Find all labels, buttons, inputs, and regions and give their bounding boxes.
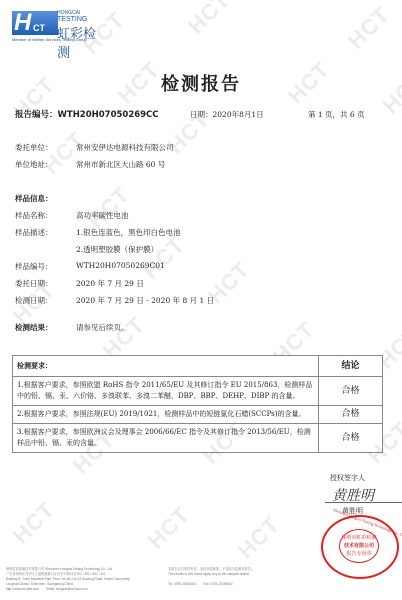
sample-name-value: 高功率碳性电池 — [76, 210, 129, 221]
test-date-label: 检测日期： — [15, 295, 53, 306]
report-date-label: 日期： — [190, 110, 213, 119]
sample-name-label: 样品名称： — [15, 210, 53, 221]
watermark-hct: HCT — [38, 127, 90, 179]
table-row: 1.根据客户要求，参照欧盟 RoHS 指令 2011/65/EU 及其修订指令 … — [13, 377, 383, 406]
test-result-value: 请参见后续页。 — [76, 322, 129, 333]
requirement-cell: 2.根据客户要求，参照法规(EU) 2019/1021，检测样品中的短链氯化石蜡… — [13, 406, 319, 424]
test-date-value: 2020 年 7 月 29 日 - 2020 年 8 月 1 日 — [76, 295, 214, 306]
sample-desc-2: 2.透明塑胶膜（保护膜） — [76, 244, 158, 255]
footer-web: http://www.hct-test.com — [6, 587, 39, 591]
sample-desc-label: 样品描述： — [15, 227, 53, 238]
client-address-label: 单位地址： — [15, 159, 53, 170]
authorized-signatory-label: 授权签字人 — [330, 473, 365, 483]
table-header-row: 检测要求： 结论 — [13, 356, 383, 377]
logo-member-text: Member of Wellen Services Testing Group — [12, 37, 87, 42]
sample-section-label: 样品信息： — [15, 193, 53, 204]
footer-left: 深圳虹彩检测技术有限公司 Shenzhen Hongcai Testing Te… — [6, 567, 130, 592]
sample-no-label: 样品编号： — [15, 261, 53, 272]
footer-contact: http://www.hct-test.com Email: hongcai@h… — [6, 587, 130, 592]
watermark-hct: HCT — [233, 512, 285, 564]
report-title: 检测报告 — [0, 70, 402, 96]
company-logo: H CT HONGCAI TESTING 虹彩检测 Member of Well… — [7, 9, 97, 45]
header-requirement: 检测要求： — [13, 356, 319, 377]
conclusion-cell: 合格 — [319, 406, 383, 424]
sample-no-value: WTH20H07050269C01 — [76, 261, 165, 270]
watermark-hct: HCT — [143, 502, 195, 554]
signature-line — [325, 502, 402, 503]
watermark-hct: HCT — [138, 232, 190, 284]
commission-date-value: 2020 年 7 月 29 日 — [76, 278, 144, 289]
header-conclusion: 结论 — [319, 356, 383, 377]
company-seal: Shenzhen Hongcai Testing Technology Co.,… — [321, 515, 399, 579]
report-number-label: 报告编号： — [15, 110, 58, 120]
report-number-value: WTH20H07050269CC — [58, 110, 159, 120]
requirement-cell: 3.根据客户要求，参照欧洲议会及理事会 2006/66/EC 指令及其修订指令 … — [13, 424, 319, 453]
report-number: 报告编号：WTH20H07050269CC — [15, 108, 159, 120]
commission-date-label: 委托日期： — [15, 278, 53, 289]
sample-desc-1: 1.银色连蓝色，黑色印白色电池 — [76, 227, 181, 238]
watermark-hct: HCT — [8, 497, 60, 549]
requirement-cell: 1.根据客户要求，参照欧盟 RoHS 指令 2011/65/EU 及其修订指令 … — [13, 377, 319, 406]
watermark-hct: HCT — [343, 2, 395, 54]
seal-line-3: 报告专用章 — [340, 550, 378, 558]
client-unit-value: 常州安伊达电源科技有限公司 — [76, 142, 174, 153]
footer-tel: Tel: 0755-23094001 — [168, 582, 196, 586]
report-date: 日期：2020年8月1日 — [190, 109, 264, 120]
footer-phone: Tel: 0755-23094001 Fax: 0755-23094002 — [168, 582, 254, 587]
logo-en-testing: TESTING — [57, 16, 87, 23]
seal-line-2: 技术有限公司 — [340, 542, 378, 550]
test-result-label: 检测结果： — [15, 322, 53, 333]
footer-fax: Fax: 0755-23094002 — [203, 582, 232, 586]
seal-inner: 深圳市虹彩检测 技术有限公司 报告专用章 — [339, 529, 379, 563]
client-address-value: 常州市新北区大山路 60 号 — [76, 159, 165, 170]
page-indicator: 第 1 页，共 6 页 — [308, 109, 365, 120]
requirements-table: 检测要求： 结论 1.根据客户要求，参照欧盟 RoHS 指令 2011/65/E… — [12, 355, 383, 453]
watermark-hct: HCT — [183, 0, 235, 39]
logo-mark-sub: CT — [33, 23, 45, 33]
report-date-value: 2020年8月1日 — [213, 110, 264, 119]
footer-right: 本报告仅对来样负责，未经书面批准，不得部分复制本报告。 The results … — [168, 567, 254, 587]
logo-cn-name: 虹彩检测 — [57, 23, 97, 61]
footer-email: Email: hongcai@hct-test.com — [46, 587, 88, 591]
seal-line-1: 深圳市虹彩检测 — [340, 534, 378, 542]
table-row: 3.根据客户要求，参照欧洲议会及理事会 2006/66/EC 指令及其修订指令 … — [13, 424, 383, 453]
footer-disclaimer-en: The results in this report apply only to… — [168, 572, 254, 577]
table-row: 2.根据客户要求，参照法规(EU) 2019/1021，检测样品中的短链氯化石蜡… — [13, 406, 383, 424]
conclusion-cell: 合格 — [319, 377, 383, 406]
client-unit-label: 委托单位： — [15, 142, 53, 153]
conclusion-cell: 合格 — [319, 424, 383, 453]
